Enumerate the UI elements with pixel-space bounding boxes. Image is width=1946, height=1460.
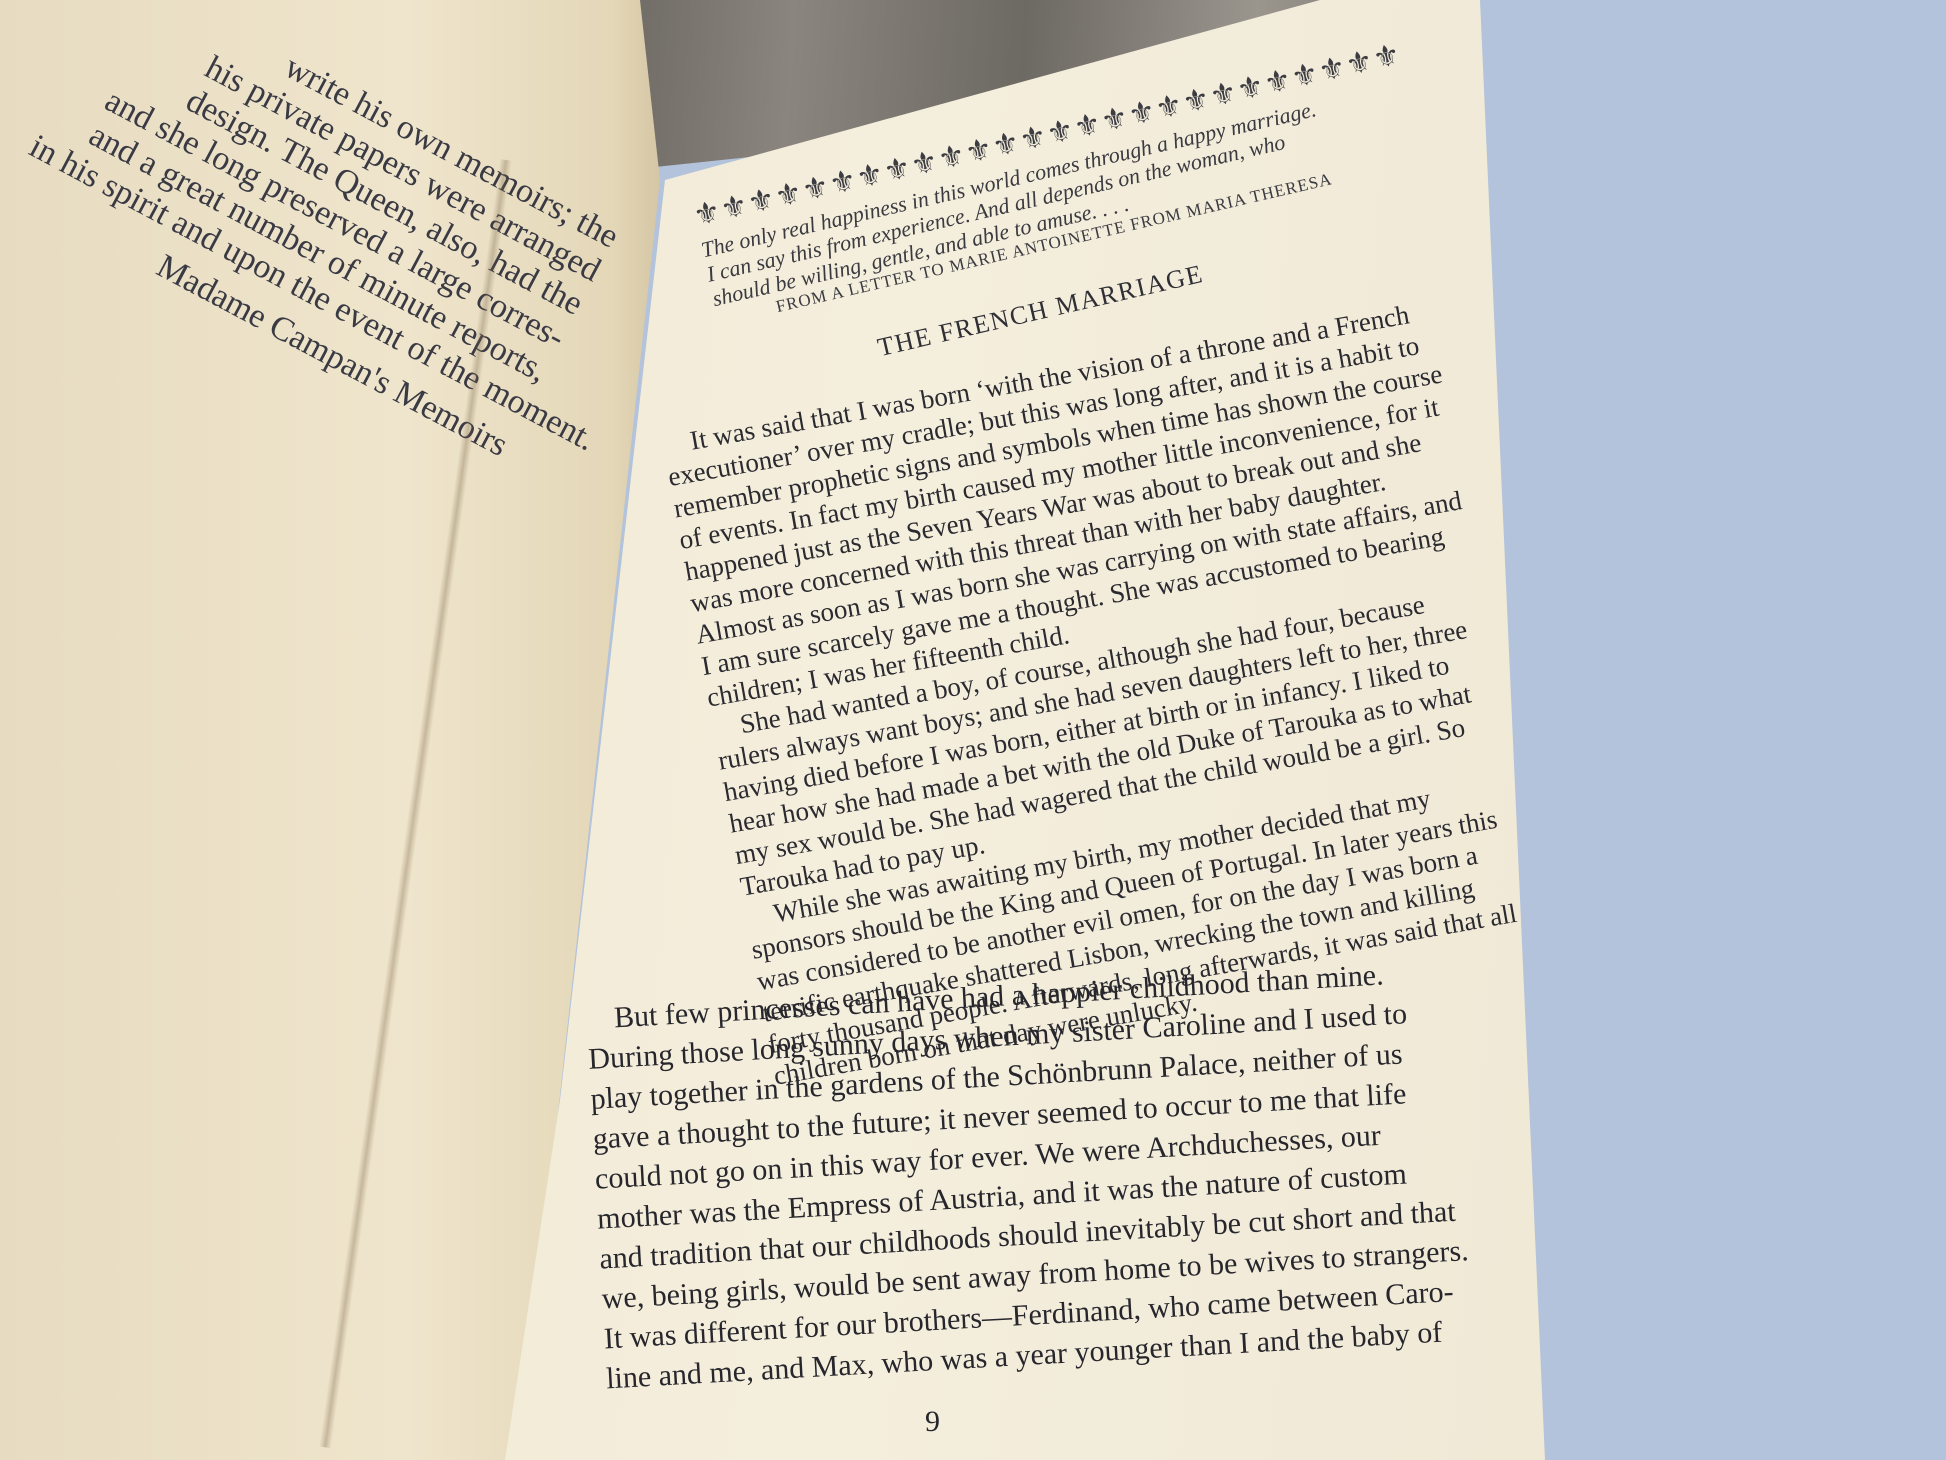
- body-text-lower: But few princesses can have had a happie…: [585, 950, 1506, 1400]
- left-page-text: write his own memoirs; the his private p…: [1, 0, 624, 465]
- page-number: 9: [925, 1405, 940, 1439]
